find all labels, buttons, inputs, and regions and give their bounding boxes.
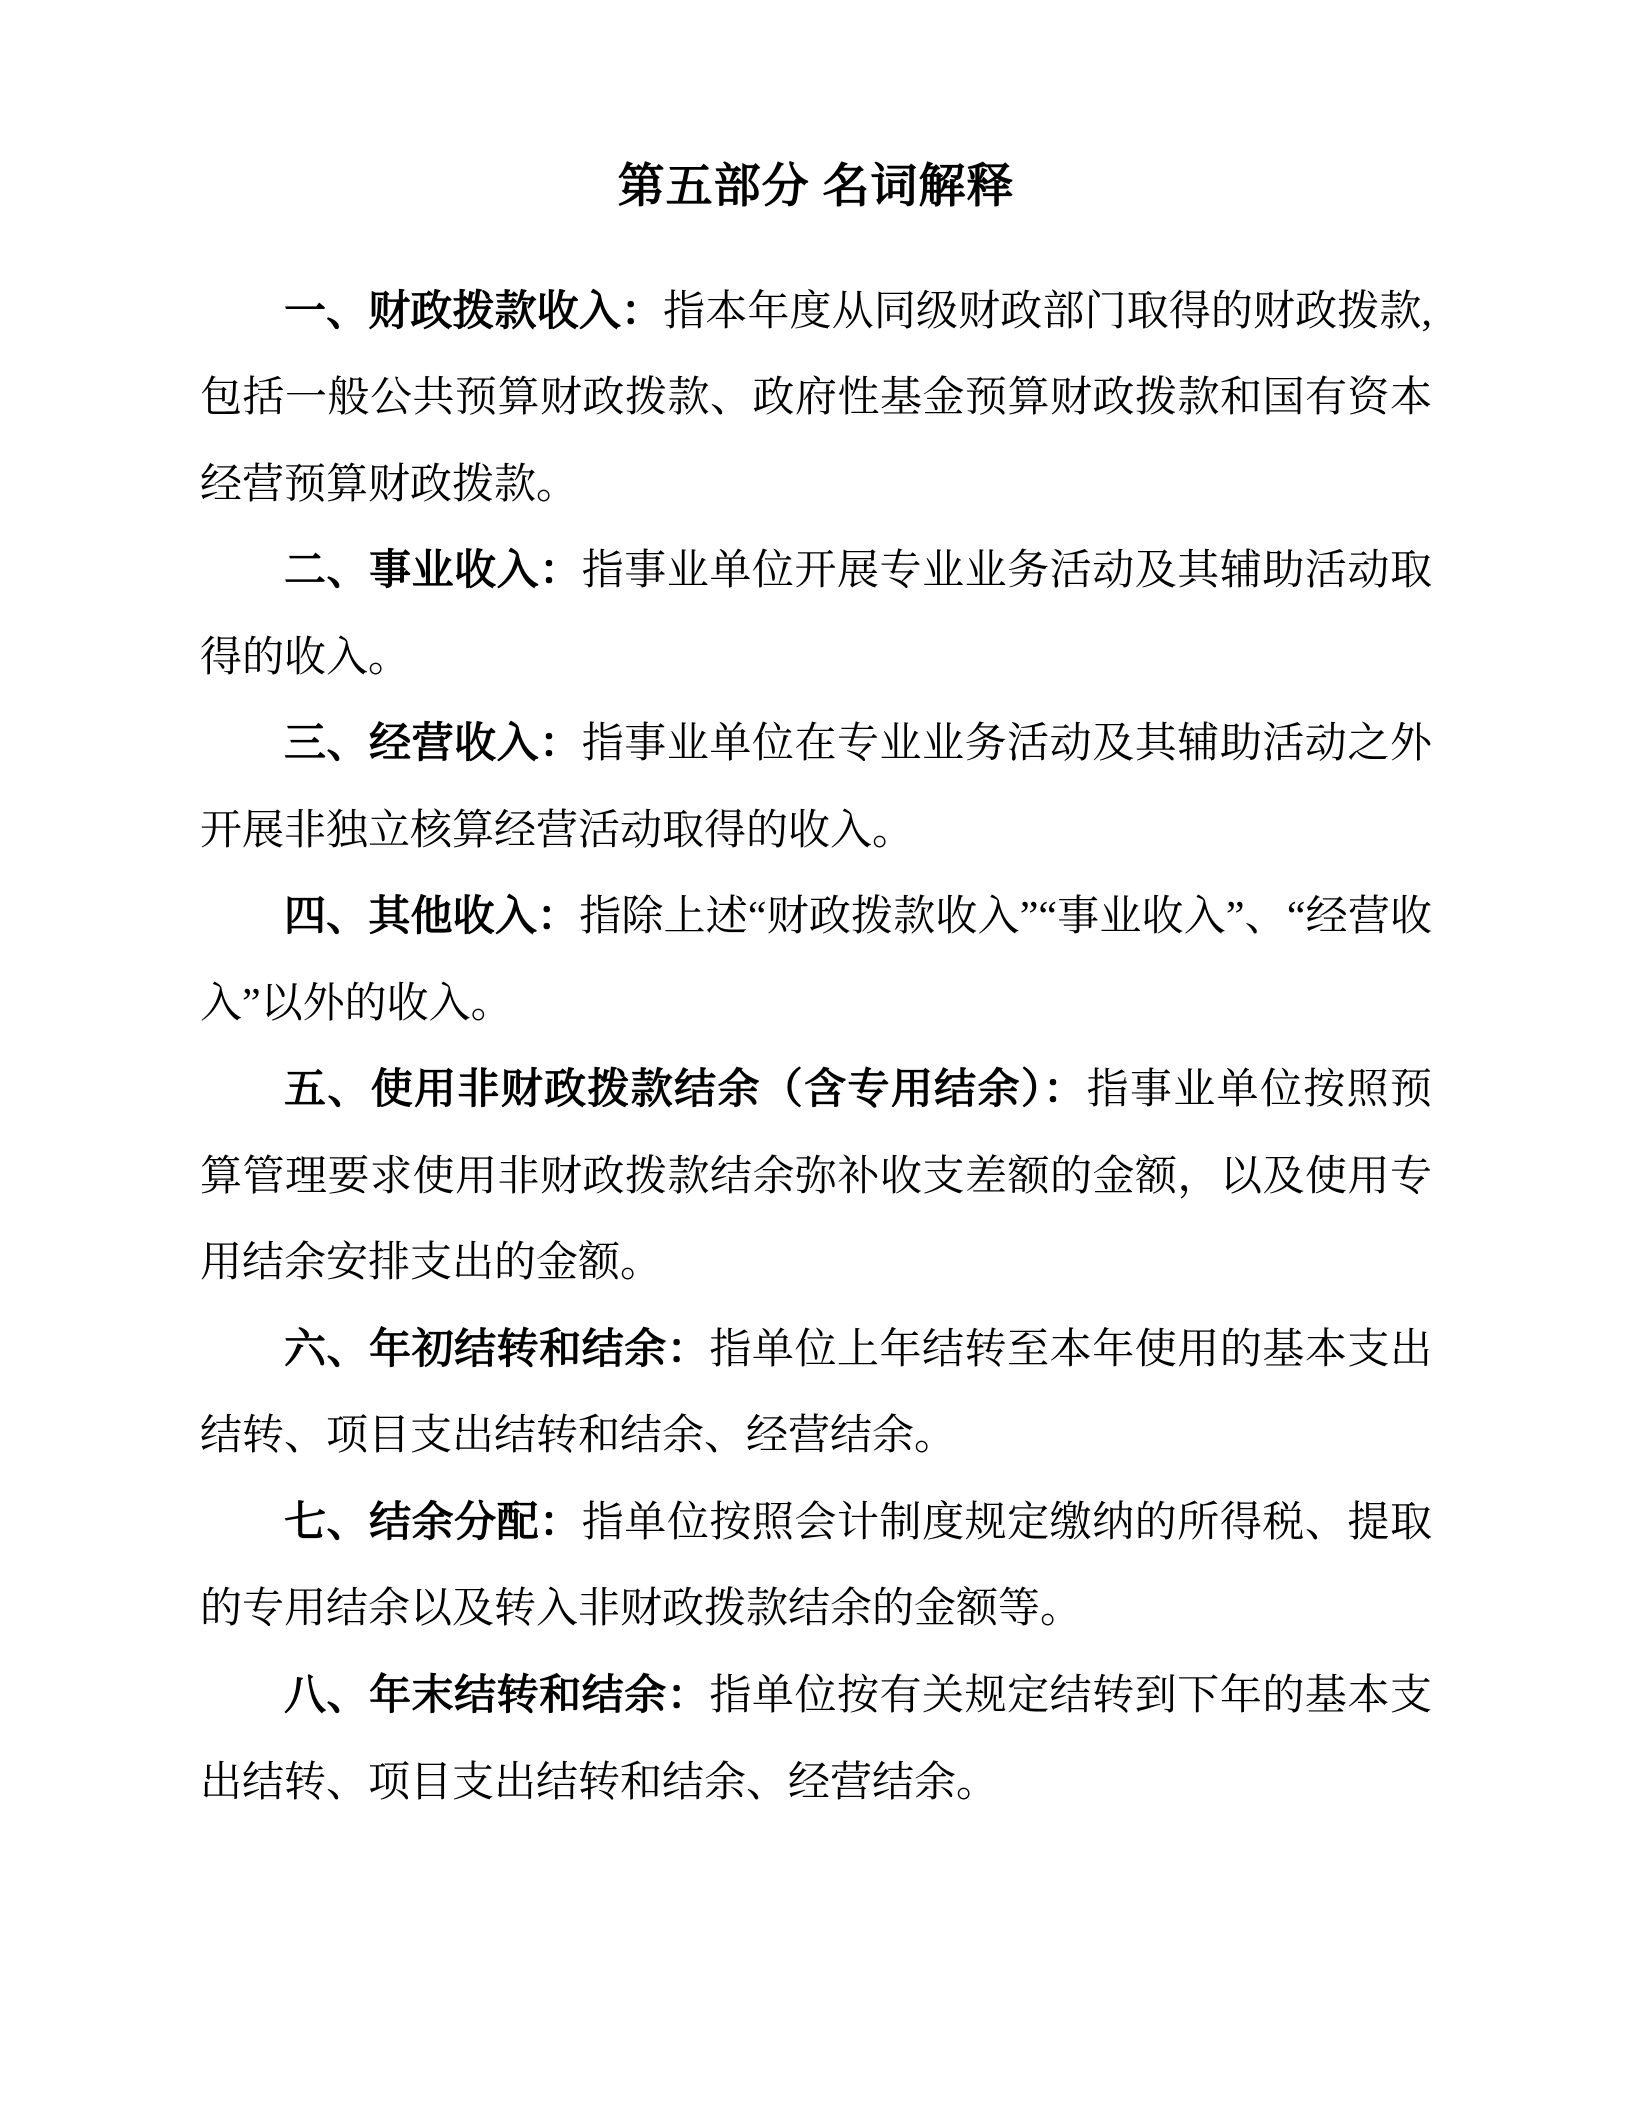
term-paragraph: 二、事业收入：指事业单位开展专业业务活动及其辅助活动取得的收入。 xyxy=(200,528,1432,701)
term-paragraph: 八、年末结转和结余：指单位按有关规定结转到下年的基本支出结转、项目支出结转和结余… xyxy=(200,1653,1432,1826)
term-paragraph: 五、使用非财政拨款结余（含专用结余）：指事业单位按照预算管理要求使用非财政拨款结… xyxy=(200,1047,1432,1307)
term-paragraph: 四、其他收入：指除上述“财政拨款收入”“事业收入”、“经营收入”以外的收入。 xyxy=(200,874,1432,1047)
term-lead: 八、年末结转和结余： xyxy=(284,1673,709,1719)
term-lead: 二、事业收入： xyxy=(284,548,582,594)
document-page: 第五部分 名词解释 一、财政拨款收入：指本年度从同级财政部门取得的财政拨款,包括… xyxy=(0,0,1632,2112)
term-paragraph: 三、经营收入：指事业单位在专业业务活动及其辅助活动之外开展非独立核算经营活动取得… xyxy=(200,701,1432,874)
term-paragraph: 六、年初结转和结余：指单位上年结转至本年使用的基本支出结转、项目支出结转和结余、… xyxy=(200,1307,1432,1480)
term-lead: 四、其他收入： xyxy=(284,894,579,940)
term-lead: 一、财政拨款收入： xyxy=(284,289,663,335)
term-lead: 三、经营收入： xyxy=(284,721,582,767)
term-lead: 七、结余分配： xyxy=(284,1500,582,1546)
term-paragraph: 一、财政拨款收入：指本年度从同级财政部门取得的财政拨款,包括一般公共预算财政拨款… xyxy=(200,269,1432,529)
terms-list: 一、财政拨款收入：指本年度从同级财政部门取得的财政拨款,包括一般公共预算财政拨款… xyxy=(200,269,1432,1826)
page-title: 第五部分 名词解释 xyxy=(200,158,1432,217)
term-lead: 六、年初结转和结余： xyxy=(284,1327,709,1373)
term-lead: 五、使用非财政拨款结余（含专用结余）： xyxy=(284,1067,1087,1113)
term-paragraph: 七、结余分配：指单位按照会计制度规定缴纳的所得税、提取的专用结余以及转入非财政拨… xyxy=(200,1480,1432,1653)
